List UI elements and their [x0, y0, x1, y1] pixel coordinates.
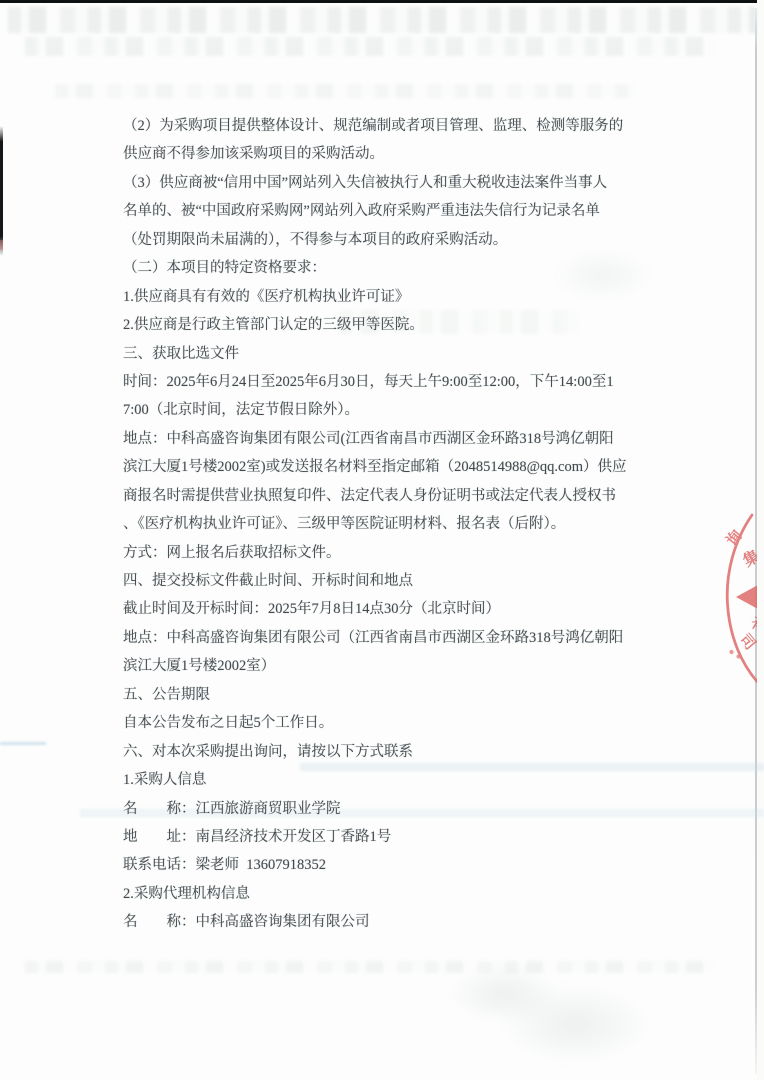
document-text: （2）为采购项目提供整体设计、规范编制或者项目管理、监理、检测等服务的供应商不得… [123, 112, 683, 937]
document-line: 联系电话：梁老师 13607918352 [123, 851, 683, 879]
document-line: 截止时间及开标时间：2025年7月8日14点30分（北京时间） [123, 595, 683, 623]
document-line: 1.供应商具有有效的《医疗机构执业许可证》 [123, 283, 683, 311]
document-line: （二）本项目的特定资格要求： [123, 254, 683, 282]
seal-dot [736, 654, 740, 658]
document-line: 六、对本次采购提出询问，请按以下方式联系 [123, 738, 683, 766]
document-line: 五、公告期限 [123, 681, 683, 709]
document-line: （3）供应商被“信用中国”网站列入失信被执行人和重大税收违法案件当事人 [123, 169, 683, 197]
document-line: 1.采购人信息 [123, 766, 683, 794]
document-line: 时间：2025年6月24日至2025年6月30日，每天上午9:00至12:00，… [123, 368, 683, 396]
document-line: 、《医疗机构执业许可证》、三级甲等医院证明材料、报名表（后附）。 [123, 510, 683, 538]
document-line: 方式：网上报名后获取招标文件。 [123, 539, 683, 567]
document-line: 地点：中科高盛咨询集团有限公司（江西省南昌市西湖区金环路318号鸿亿朝阳 [123, 624, 683, 652]
document-line: 2.采购代理机构信息 [123, 880, 683, 908]
document-line: 名 称：江西旅游商贸职业学院 [123, 795, 683, 823]
seal-dot [729, 650, 733, 654]
scan-left-edge [0, 126, 3, 256]
seal-char: 集 [740, 546, 757, 570]
bleedthrough-blob [500, 985, 650, 1063]
bleedthrough-smudge [25, 37, 715, 56]
document-line: （处罚期限尚未届满的），不得参与本项目的政府采购活动。 [123, 226, 683, 254]
official-seal-stamp: 询 集 有 司 [700, 503, 757, 699]
document-line: 自本公告发布之日起5个工作日。 [123, 709, 683, 737]
document-line: 滨江大厦1号楼2002室)或发送报名材料至指定邮箱（2048514988@qq.… [123, 453, 683, 481]
seal-char: 司 [736, 630, 757, 653]
document-line: 地 址：南昌经济技术开发区丁香路1号 [123, 823, 683, 851]
document-line: 供应商不得参加该采购项目的采购活动。 [123, 140, 683, 168]
document-line: 名 称：中科高盛咨询集团有限公司 [123, 908, 683, 936]
bleedthrough-smudge [8, 7, 756, 33]
scanned-document-screenshot: { "page": { "background_color": "#fcfdfc… [0, 0, 764, 1080]
document-line: 地点：中科高盛咨询集团有限公司(江西省南昌市西湖区金环路318号鸿亿朝阳 [123, 425, 683, 453]
document-line: 名单的、被“中国政府采购网”网站列入政府采购严重违法失信行为记录名单 [123, 197, 683, 225]
document-line: 7:00（北京时间，法定节假日除外）。 [123, 396, 683, 424]
document-line: 2.供应商是行政主管部门认定的三级甲等医院。 [123, 311, 683, 339]
document-line: 三、获取比选文件 [123, 340, 683, 368]
scan-red-mark [0, 240, 3, 250]
document-line: 商报名时需提供营业执照复印件、法定代表人身份证明书或法定代表人授权书 [123, 482, 683, 510]
bleedthrough-smudge [55, 84, 635, 98]
scan-top-edge [0, 0, 764, 3]
document-line: （2）为采购项目提供整体设计、规范编制或者项目管理、监理、检测等服务的 [123, 112, 683, 140]
document-line: 四、提交投标文件截止时间、开标时间和地点 [123, 567, 683, 595]
paper-right-gutter [757, 0, 764, 1080]
document-line: 滨江大厦1号楼2002室） [123, 652, 683, 680]
bleedthrough-smudge [25, 961, 715, 973]
scanner-streak [0, 742, 46, 745]
seal-star-icon [736, 586, 757, 609]
